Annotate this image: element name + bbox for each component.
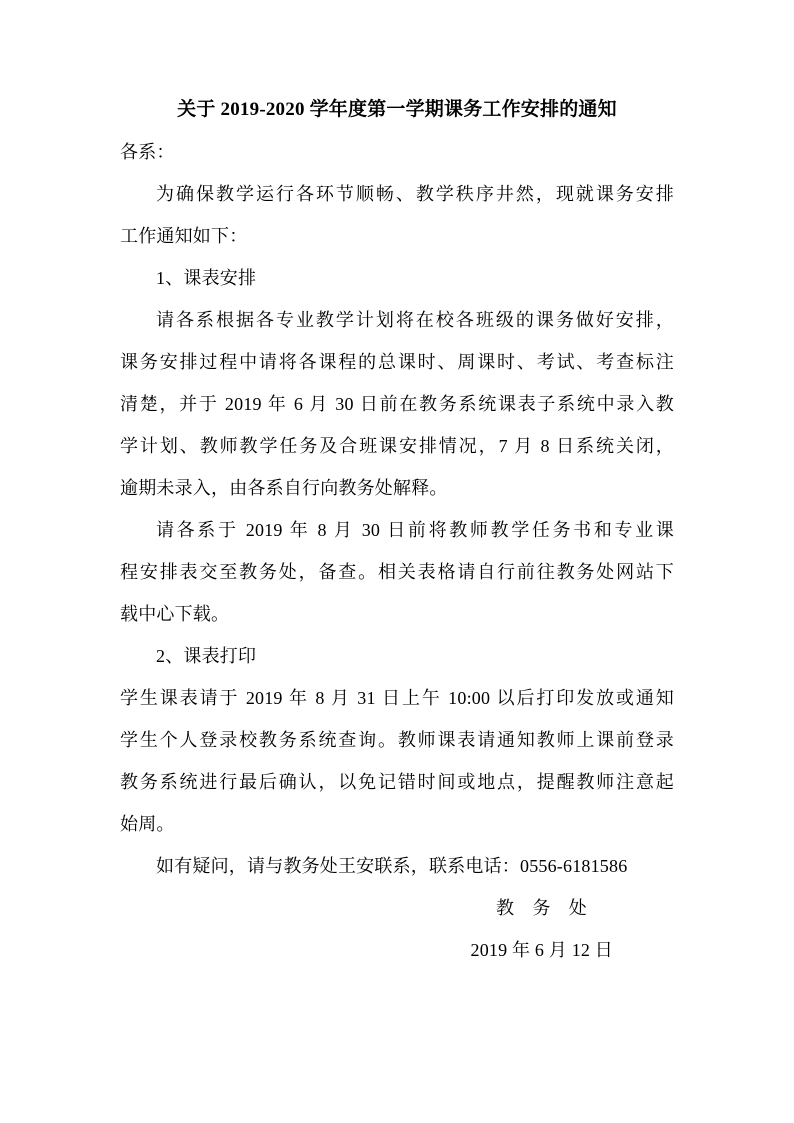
section-1-para-1-line-4: 学计划、教师教学任务及合班课安排情况，7 月 8 日系统关闭， — [120, 425, 674, 467]
section-2-para-1-line-2: 学生个人登录校教务系统查询。教师课表请通知教师上课前登录 — [120, 719, 674, 761]
salutation: 各系： — [120, 131, 674, 173]
section-1-para-2-line-3: 载中心下载。 — [120, 593, 674, 635]
section-1-para-2-line-2: 程安排表交至教务处，备查。相关表格请自行前往教务处网站下 — [120, 551, 674, 593]
section-1-para-1-line-1: 请各系根据各专业教学计划将在校各班级的课务做好安排， — [120, 299, 674, 341]
signature-date: 2019 年 6 月 12 日 — [120, 929, 674, 971]
section-2-heading: 2、课表打印 — [120, 635, 674, 677]
section-1-para-1-line-5: 逾期未录入，由各系自行向教务处解释。 — [120, 467, 674, 509]
document-title: 关于 2019-2020 学年度第一学期课务工作安排的通知 — [120, 89, 674, 131]
document-page: 关于 2019-2020 学年度第一学期课务工作安排的通知 各系： 为确保教学运… — [0, 0, 794, 1123]
signature-department: 教 务 处 — [120, 887, 674, 929]
section-2-para-1-line-4: 始周。 — [120, 803, 674, 845]
section-1-para-1-line-2: 课务安排过程中请将各课程的总课时、周课时、考试、考查标注 — [120, 341, 674, 383]
intro-line-2: 工作通知如下： — [120, 215, 674, 257]
contact-line: 如有疑问，请与教务处王安联系，联系电话：0556-6181586 — [120, 845, 674, 887]
section-2-para-1-line-1: 学生课表请于 2019 年 8 月 31 日上午 10:00 以后打印发放或通知 — [120, 677, 674, 719]
section-1-heading: 1、课表安排 — [120, 257, 674, 299]
section-1-para-1-line-3: 清楚，并于 2019 年 6 月 30 日前在教务系统课表子系统中录入教 — [120, 383, 674, 425]
intro-line-1: 为确保教学运行各环节顺畅、教学秩序井然，现就课务安排 — [120, 173, 674, 215]
section-1-para-2-line-1: 请各系于 2019 年 8 月 30 日前将教师教学任务书和专业课 — [120, 509, 674, 551]
section-2-para-1-line-3: 教务系统进行最后确认，以免记错时间或地点，提醒教师注意起 — [120, 761, 674, 803]
